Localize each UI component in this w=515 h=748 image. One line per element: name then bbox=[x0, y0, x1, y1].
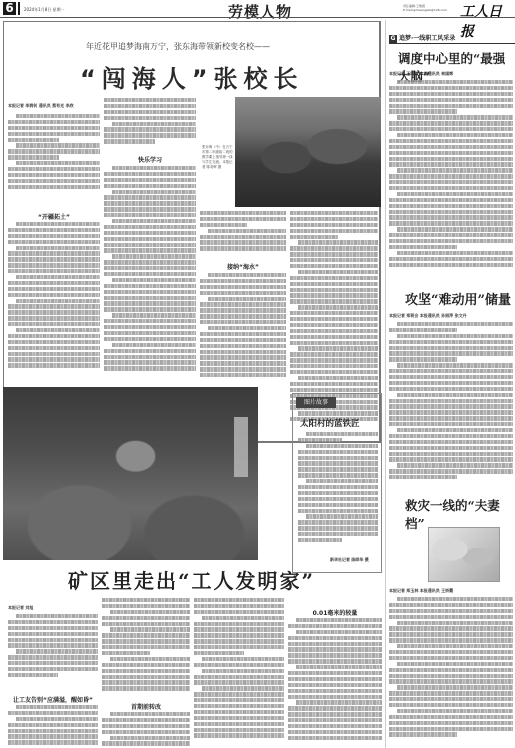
inventor-col3-text bbox=[194, 598, 284, 748]
editor-email: E-mail:grbwangwb@126.com bbox=[403, 8, 447, 12]
subhead-precision: 0.01毫米的较量 bbox=[288, 608, 382, 617]
right-column-divider bbox=[385, 20, 386, 748]
photo-story-credit: 新华社记者 陈晔华 摄 bbox=[330, 557, 369, 563]
inventor-col4-text bbox=[288, 618, 382, 748]
issue-date: 2024年1月8日 星期一 bbox=[24, 7, 65, 13]
photo-story-tag: 图片故事 bbox=[296, 397, 336, 408]
classroom-photo-caption: 张东海（中）在万宁市第二年级给二班的教学课上指导第一线与学生交流。本报记者 陈英… bbox=[202, 145, 235, 170]
couple-article-illustration bbox=[428, 527, 500, 582]
photo-story-text bbox=[298, 432, 378, 552]
classroom-photo bbox=[235, 97, 381, 207]
subhead-help-workers: 让工友告别“应满溢，醒如昏” bbox=[8, 695, 98, 704]
main-article-col3-text-2 bbox=[200, 273, 286, 383]
main-article-col3-text bbox=[200, 211, 286, 253]
reserves-article-byline: 本报记者 郑莉会 本报通讯员 孙丽萍 张文丹 bbox=[389, 313, 467, 319]
couple-article-text bbox=[389, 597, 513, 748]
right-column-section-tag: G追梦·一线职工风采录 bbox=[389, 33, 455, 43]
masthead-divider bbox=[0, 17, 515, 18]
section-tag-rule bbox=[389, 43, 515, 44]
section-tag-label: 追梦·一线职工风采录 bbox=[399, 35, 455, 42]
subhead-pioneer: “开疆拓土” bbox=[8, 212, 100, 221]
dispatch-article-text bbox=[389, 80, 513, 278]
newspaper-logo: 工人日报 bbox=[460, 1, 515, 41]
reserves-article-headline: 攻坚“难动用”储量 bbox=[405, 289, 511, 308]
couple-article-byline: 本报记者 郑玉林 本报通讯员 王娇霞 bbox=[389, 588, 453, 594]
main-article-headline: “闯海人”张校长 bbox=[80, 59, 304, 94]
dispatch-article-byline: 本报记者 王晓颖 本报通讯员 林国辉 bbox=[389, 71, 453, 77]
reserves-article-text bbox=[389, 322, 513, 490]
page-number-bar bbox=[18, 2, 20, 15]
inventor-article-headline: 矿区里走出“工人发明家” bbox=[68, 565, 315, 594]
editor-info: 责任编辑:王维砚 E-mail:grbwangwb@126.com bbox=[403, 4, 447, 12]
inventor-col2-text-2 bbox=[102, 712, 190, 748]
page-number: 6 bbox=[3, 2, 16, 15]
section-tag-icon: G bbox=[389, 35, 397, 43]
inventor-col2-text bbox=[102, 598, 190, 695]
workshop-window bbox=[234, 417, 248, 477]
inventor-col1-text-2 bbox=[8, 705, 98, 748]
main-article-kicker: 年近花甲追梦海南万宁，张东海带领新校变名校—— bbox=[86, 41, 270, 52]
subhead-first-change: 首期前转改 bbox=[102, 702, 190, 711]
section-title: 劳模人物 bbox=[228, 1, 292, 22]
inventor-article-byline: 本报记者 刘旭 bbox=[8, 605, 33, 611]
main-article-byline: 本报记者 李润钊 通讯员 蔡有光 李欣 bbox=[8, 103, 74, 109]
main-article-col1-text-2 bbox=[8, 222, 100, 382]
main-article-col2-text bbox=[104, 98, 196, 148]
subhead-accept-sea: 接纳“海水” bbox=[200, 262, 286, 271]
photo-story-title: 太阳村的蓝铁匠 bbox=[300, 417, 360, 429]
inventor-col1-text bbox=[8, 614, 98, 694]
blacksmith-photo bbox=[3, 387, 258, 560]
main-article-col2-text-2 bbox=[104, 166, 196, 384]
main-article-col1-text bbox=[8, 114, 100, 192]
subhead-happy-learning: 快乐学习 bbox=[104, 155, 196, 164]
